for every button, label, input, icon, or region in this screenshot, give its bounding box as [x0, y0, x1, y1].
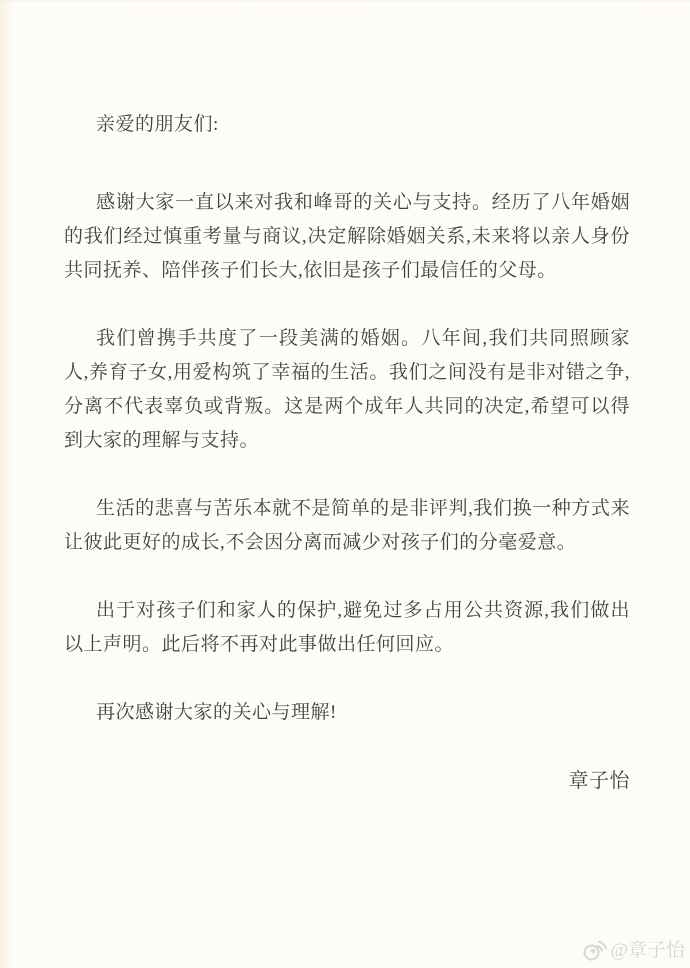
weibo-watermark: @章子怡	[582, 938, 686, 962]
weibo-logo-icon	[582, 938, 608, 962]
paragraph-3: 生活的悲喜与苦乐本就不是简单的是非评判,我们换一种方式来让彼此更好的成长,不会因…	[64, 492, 630, 560]
page-edge-shading-top	[0, 0, 690, 3]
watermark-text: @章子怡	[611, 941, 686, 960]
statement-letter: 亲爱的朋友们: 感谢大家一直以来对我和峰哥的关心与支持。经历了八年婚姻的我们经过…	[64, 108, 630, 798]
signature: 章子怡	[64, 764, 630, 798]
paragraph-4: 出于对孩子们和家人的保护,避免过多占用公共资源,我们做出以上声明。此后将不再对此…	[64, 594, 630, 662]
paragraph-2: 我们曾携手共度了一段美满的婚姻。八年间,我们共同照顾家人,养育子女,用爱构筑了幸…	[64, 322, 630, 458]
page-edge-shading	[0, 0, 12, 968]
paragraph-1: 感谢大家一直以来对我和峰哥的关心与支持。经历了八年婚姻的我们经过慎重考量与商议,…	[64, 186, 630, 288]
paragraph-5: 再次感谢大家的关心与理解!	[64, 696, 630, 730]
salutation: 亲爱的朋友们:	[64, 108, 630, 142]
